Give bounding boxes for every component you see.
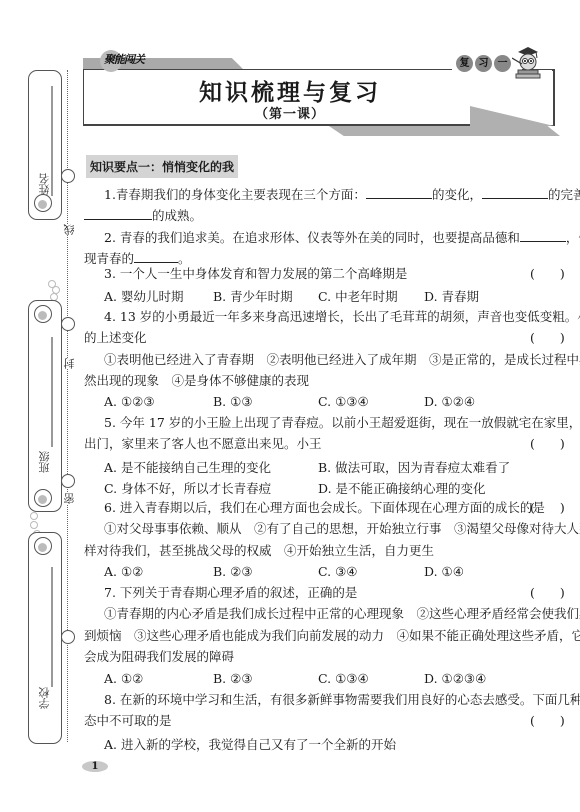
q2-blank-1[interactable] xyxy=(520,229,566,242)
q2-text-d: 。 xyxy=(178,251,191,266)
review-badge-2: 习 xyxy=(475,55,492,72)
q7-option-d[interactable]: D. ①②③④ xyxy=(424,671,486,686)
q6-option-c[interactable]: C. ③④ xyxy=(318,564,357,579)
q3-option-d[interactable]: D. 青春期 xyxy=(424,287,479,305)
q1-blank-3[interactable] xyxy=(84,207,152,220)
q3-option-b[interactable]: B. 青少年时期 xyxy=(213,287,293,305)
q7-items-3: 会成为阻碍我们发展的障碍 xyxy=(84,649,234,665)
q1-text-c: 的完善， xyxy=(548,187,580,202)
seal-circle-icon xyxy=(61,169,75,183)
name-label: 姓名 xyxy=(37,173,53,195)
class-field-box: 班级 xyxy=(28,300,62,512)
q5-option-a[interactable]: A. 是不能接纳自己生理的变化 xyxy=(104,458,271,476)
q3-option-a[interactable]: A. 婴幼儿时期 xyxy=(104,287,183,305)
ring-hole-icon xyxy=(34,305,52,323)
q6-option-b[interactable]: B. ②③ xyxy=(213,564,253,579)
q5-option-b[interactable]: B. 做法可取，因为青春痘太难看了 xyxy=(318,458,510,476)
dot-icon xyxy=(30,521,38,529)
q1-blank-2[interactable] xyxy=(482,186,548,199)
q4-answer-paren[interactable]: ( ) xyxy=(530,330,565,346)
q4-option-d[interactable]: D. ①②④ xyxy=(424,394,475,409)
q8-answer-paren[interactable]: ( ) xyxy=(530,713,565,729)
q6-items-2: 样对待我们，甚至挑战父母的权威 ④开始独立生活，自力更生 xyxy=(84,543,434,559)
q3-answer-paren[interactable]: ( ) xyxy=(530,266,565,282)
q5-answer-paren[interactable]: ( ) xyxy=(530,436,565,452)
q7-stem: 7. 下列关于青春期心理矛盾的叙述，正确的是 xyxy=(104,585,357,601)
school-write-line[interactable] xyxy=(51,567,53,687)
q3-option-c[interactable]: C. 中老年时期 xyxy=(318,287,398,305)
q1-text-d: 的成熟。 xyxy=(152,208,202,223)
seal-circle-icon xyxy=(61,317,75,331)
q1-text-b: 的变化， xyxy=(432,187,482,202)
ring-hole-icon xyxy=(34,489,52,507)
review-badge-3: 一 xyxy=(494,55,511,72)
q4-option-c[interactable]: C. ①③④ xyxy=(318,394,369,409)
q5-stem-2: 出门，家里来了客人也不愿意出来见。小王 xyxy=(84,436,322,452)
q8-stem-2: 态中不可取的是 xyxy=(84,713,172,729)
class-write-line[interactable] xyxy=(51,337,53,447)
q4-option-a[interactable]: A. ①②③ xyxy=(104,394,155,409)
q7-answer-paren[interactable]: ( ) xyxy=(530,585,565,601)
q4-stem-1: 4. 13 岁的小勇最近一年多来身高迅速增长，长出了毛茸茸的胡须，声音也变低变粗… xyxy=(104,309,580,325)
school-label: 学校 xyxy=(37,687,53,709)
q3-stem: 3. 一个人一生中身体发育和智力发展的第二个高峰期是 xyxy=(104,266,407,282)
q7-items-2: 到烦恼 ③这些心理矛盾也能成为我们向前发展的动力 ④如果不能正确处理这些矛盾，它… xyxy=(84,628,580,644)
q7-items-1: ①青春期的内心矛盾是我们成长过程中正常的心理现象 ②这些心理矛盾经常会使我们感 xyxy=(104,606,580,622)
q2-blank-2[interactable] xyxy=(134,250,178,263)
q2-text-c: 现青春的 xyxy=(84,251,134,266)
q4-stem-2: 的上述变化 xyxy=(84,330,147,346)
seal-mark-feng: 封 xyxy=(62,358,78,369)
q7-option-a[interactable]: A. ①② xyxy=(104,671,143,686)
q6-option-d[interactable]: D. ①④ xyxy=(424,564,464,579)
review-badge-1: 复 xyxy=(456,55,473,72)
q6-answer-paren[interactable]: ( ) xyxy=(530,500,565,516)
q4-items-1: ①表明他已经进入了青春期 ②表明他已经进入了成年期 ③是正常的，是成长过程中必 xyxy=(104,352,580,368)
school-field-box: 学校 xyxy=(28,532,62,744)
q6-stem: 6. 进入青春期以后，我们在心理方面也会成长。下面体现在心理方面的成长的是 xyxy=(104,500,545,516)
q8-option-a[interactable]: A. 进入新的学校，我觉得自己又有了一个全新的开始 xyxy=(104,735,396,753)
seal-mark-mi: 密 xyxy=(62,493,78,504)
page-subtitle: （第一课） xyxy=(0,103,580,122)
header-frame-bottom xyxy=(83,124,471,126)
dot-icon xyxy=(30,512,38,520)
q5-stem-1: 5. 今年 17 岁的小王脸上出现了青春痘。以前小王超爱逛街，现在一放假就宅在家… xyxy=(104,415,580,431)
logo-text: 聚能闯关 xyxy=(104,51,144,67)
page-number: 1 xyxy=(82,761,108,772)
ring-hole-icon xyxy=(34,537,52,555)
q6-items-1: ①对父母事事依赖、顺从 ②有了自己的思想，开始独立行事 ③渴望父母像对待大人那 xyxy=(104,521,580,537)
q1-blank-1[interactable] xyxy=(366,186,432,199)
q8-stem-1: 8. 在新的环境中学习和生活，有很多新鲜事物需要我们用良好的心态去感受。下面几种… xyxy=(104,692,580,708)
seal-circle-icon xyxy=(61,630,75,644)
q2-text-a: 2. 青春的我们追求美。在追求形体、仪表等外在美的同时，也要提高品德和 xyxy=(104,230,520,245)
q2-text-b: ，体 xyxy=(566,230,580,245)
q7-option-c[interactable]: C. ①③④ xyxy=(318,671,369,686)
ring-hole-icon xyxy=(34,194,52,212)
q6-option-a[interactable]: A. ①② xyxy=(104,564,143,579)
q4-option-b[interactable]: B. ①③ xyxy=(213,394,253,409)
section-heading: 知识要点一：悄悄变化的我 xyxy=(86,155,238,178)
seal-circle-icon xyxy=(61,474,75,488)
q7-option-b[interactable]: B. ②③ xyxy=(213,671,253,686)
class-label: 班级 xyxy=(37,451,53,473)
q1-text-a: 1.青春期我们的身体变化主要表现在三个方面： xyxy=(104,187,366,202)
q4-items-2: 然出现的现象 ④是身体不够健康的表现 xyxy=(84,373,309,389)
q5-option-d[interactable]: D. 是不能正确接纳心理的变化 xyxy=(318,479,486,497)
q5-option-c[interactable]: C. 身体不好，所以才长青春痘 xyxy=(104,479,271,497)
seal-mark-xian: 线 xyxy=(62,224,78,235)
